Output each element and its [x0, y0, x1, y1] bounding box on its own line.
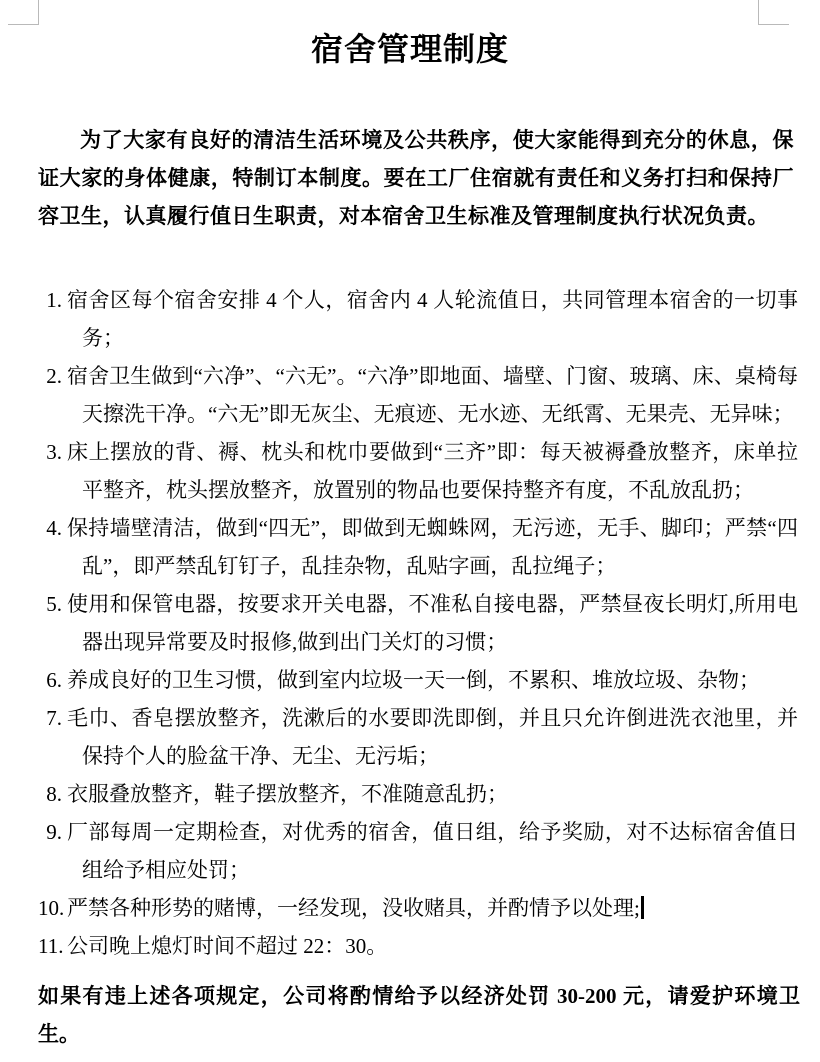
rule-item-8[interactable]: 8. 衣服叠放整齐，鞋子摆放整齐，不准随意乱扔；	[38, 775, 798, 813]
rule-item-10[interactable]: 10. 严禁各种形势的赌博，一经发现，没收赌具，并酌情予以处理;	[38, 889, 798, 927]
rule-text: 宿舍卫生做到“六净”、“六无”。“六净”即地面、墙壁、门窗、玻璃、床、桌椅每天擦…	[67, 357, 798, 433]
rule-number: 2.	[38, 357, 62, 395]
rule-number: 4.	[38, 509, 62, 547]
rule-item-9[interactable]: 9. 厂部每周一定期检查，对优秀的宿舍，值日组，给予奖励，对不达标宿舍值日组给予…	[38, 813, 798, 889]
text-cursor	[641, 896, 644, 919]
rule-text: 毛巾、香皂摆放整齐，洗漱后的水要即洗即倒，并且只允许倒进洗衣池里，并保持个人的脸…	[67, 699, 798, 775]
intro-paragraph[interactable]: 为了大家有良好的清洁生活环境及公共秩序，使大家能得到充分的休息，保证大家的身体健…	[38, 121, 794, 235]
rule-number: 1.	[38, 281, 62, 319]
rule-item-2[interactable]: 2. 宿舍卫生做到“六净”、“六无”。“六净”即地面、墙壁、门窗、玻璃、床、桌椅…	[38, 357, 798, 433]
rule-number: 10.	[38, 889, 62, 927]
rule-item-7[interactable]: 7. 毛巾、香皂摆放整齐，洗漱后的水要即洗即倒，并且只允许倒进洗衣池里，并保持个…	[38, 699, 798, 775]
rule-number: 6.	[38, 661, 62, 699]
rule-text: 宿舍区每个宿舍安排 4 个人，宿舍内 4 人轮流值日，共同管理本宿舍的一切事务；	[67, 281, 798, 357]
document-page: 宿舍管理制度 为了大家有良好的清洁生活环境及公共秩序，使大家能得到充分的休息，保…	[0, 0, 820, 1062]
rule-text: 床上摆放的背、褥、枕头和枕巾要做到“三齐”即：每天被褥叠放整齐，床单拉平整齐，枕…	[67, 433, 798, 509]
rule-text: 衣服叠放整齐，鞋子摆放整齐，不准随意乱扔；	[67, 775, 798, 813]
rule-number: 8.	[38, 775, 62, 813]
rule-number: 3.	[38, 433, 62, 471]
rule-number: 11.	[38, 927, 62, 965]
rule-text: 严禁各种形势的赌博，一经发现，没收赌具，并酌情予以处理;	[67, 889, 798, 927]
rule-number: 5.	[38, 585, 62, 623]
crop-mark-top-right-vertical	[758, 0, 759, 24]
rule-item-11[interactable]: 11. 公司晚上熄灯时间不超过 22：30。	[38, 927, 798, 965]
rule-text: 养成良好的卫生习惯，做到室内垃圾一天一倒，不累积、堆放垃圾、杂物；	[67, 661, 798, 699]
rule-item-1[interactable]: 1. 宿舍区每个宿舍安排 4 个人，宿舍内 4 人轮流值日，共同管理本宿舍的一切…	[38, 281, 798, 357]
rule-item-4[interactable]: 4. 保持墙壁清洁，做到“四无”，即做到无蜘蛛网，无污迹，无手、脚印；严禁“四乱…	[38, 509, 798, 585]
footer-note[interactable]: 如果有违上述各项规定，公司将酌情给予以经济处罚 30-200 元，请爱护环境卫生…	[38, 977, 800, 1053]
rule-item-3[interactable]: 3. 床上摆放的背、褥、枕头和枕巾要做到“三齐”即：每天被褥叠放整齐，床单拉平整…	[38, 433, 798, 509]
rule-number: 9.	[38, 813, 62, 851]
rule-item-6[interactable]: 6. 养成良好的卫生习惯，做到室内垃圾一天一倒，不累积、堆放垃圾、杂物；	[38, 661, 798, 699]
rule-item-5[interactable]: 5. 使用和保管电器，按要求开关电器，不准私自接电器，严禁昼夜长明灯,所用电器出…	[38, 585, 798, 661]
document-title[interactable]: 宿舍管理制度	[0, 24, 820, 70]
crop-mark-top-left-vertical	[38, 0, 39, 24]
rule-text: 厂部每周一定期检查，对优秀的宿舍，值日组，给予奖励，对不达标宿舍值日组给予相应处…	[67, 813, 798, 889]
rules-list: 1. 宿舍区每个宿舍安排 4 个人，宿舍内 4 人轮流值日，共同管理本宿舍的一切…	[38, 281, 798, 965]
rule-text: 使用和保管电器，按要求开关电器，不准私自接电器，严禁昼夜长明灯,所用电器出现异常…	[67, 585, 798, 661]
rule-number: 7.	[38, 699, 62, 737]
rule-text: 公司晚上熄灯时间不超过 22：30。	[67, 927, 798, 965]
rule-text: 保持墙壁清洁，做到“四无”，即做到无蜘蛛网，无污迹，无手、脚印；严禁“四乱”，即…	[67, 509, 798, 585]
rule-text-content: 严禁各种形势的赌博，一经发现，没收赌具，并酌情予以处理;	[67, 896, 640, 920]
